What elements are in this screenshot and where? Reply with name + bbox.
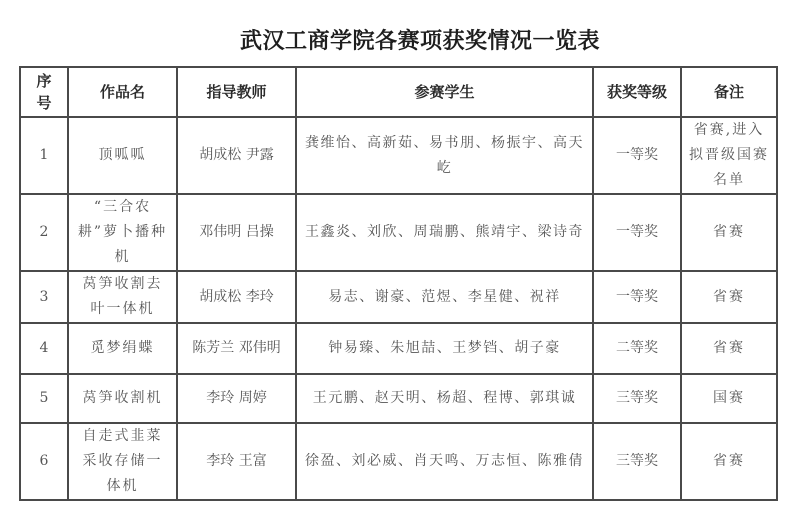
row-students: 龚维怡、高新茹、易书朋、杨振宇、高天屹 bbox=[296, 117, 593, 194]
row-students: 王鑫炎、刘欣、周瑞鹏、熊靖宇、梁诗奇 bbox=[296, 194, 593, 271]
row-award: 三等奖 bbox=[593, 423, 681, 500]
row-work: 自走式韭菜采收存储一体机 bbox=[68, 423, 177, 500]
row-work: “三合农耕”萝卜播种机 bbox=[68, 194, 177, 271]
table-row: 5 莴笋收割机 李玲 周婷 王元鹏、赵天明、杨超、程博、郭琪诚 三等奖 国赛 bbox=[20, 374, 777, 423]
table-row: 4 觅梦绢蝶 陈芳兰 邓伟明 钟易臻、朱旭喆、王梦铛、胡子豪 二等奖 省赛 bbox=[20, 323, 777, 374]
header-note: 备注 bbox=[681, 67, 777, 117]
row-award: 三等奖 bbox=[593, 374, 681, 423]
row-advisors: 李玲 王富 bbox=[177, 423, 296, 500]
awards-table: 序号 作品名 指导教师 参赛学生 获奖等级 备注 1 顶呱呱 胡成松 尹露 龚维… bbox=[19, 66, 778, 501]
header-index: 序号 bbox=[20, 67, 68, 117]
row-note: 省赛 bbox=[681, 194, 777, 271]
row-advisors: 胡成松 尹露 bbox=[177, 117, 296, 194]
table-row: 6 自走式韭菜采收存储一体机 李玲 王富 徐盈、刘必威、肖天鸣、万志恒、陈雅倩 … bbox=[20, 423, 777, 500]
row-note: 省赛 bbox=[681, 423, 777, 500]
row-work: 莴笋收割去叶一体机 bbox=[68, 271, 177, 323]
row-advisors: 陈芳兰 邓伟明 bbox=[177, 323, 296, 374]
row-students: 王元鹏、赵天明、杨超、程博、郭琪诚 bbox=[296, 374, 593, 423]
row-note: 省赛 bbox=[681, 323, 777, 374]
table-row: 3 莴笋收割去叶一体机 胡成松 李玲 易志、谢豪、范煜、李星健、祝祥 一等奖 省… bbox=[20, 271, 777, 323]
row-advisors: 李玲 周婷 bbox=[177, 374, 296, 423]
row-award: 二等奖 bbox=[593, 323, 681, 374]
row-students: 钟易臻、朱旭喆、王梦铛、胡子豪 bbox=[296, 323, 593, 374]
row-work: 莴笋收割机 bbox=[68, 374, 177, 423]
row-index: 3 bbox=[20, 271, 68, 323]
row-award: 一等奖 bbox=[593, 271, 681, 323]
row-index: 1 bbox=[20, 117, 68, 194]
row-index: 4 bbox=[20, 323, 68, 374]
document-title: 武汉工商学院各赛项获奖情况一览表 bbox=[0, 24, 798, 55]
row-advisors: 胡成松 李玲 bbox=[177, 271, 296, 323]
table-header-row: 序号 作品名 指导教师 参赛学生 获奖等级 备注 bbox=[20, 67, 777, 117]
row-students: 徐盈、刘必威、肖天鸣、万志恒、陈雅倩 bbox=[296, 423, 593, 500]
header-students: 参赛学生 bbox=[296, 67, 593, 117]
row-index: 6 bbox=[20, 423, 68, 500]
header-award: 获奖等级 bbox=[593, 67, 681, 117]
row-work: 顶呱呱 bbox=[68, 117, 177, 194]
table-row: 1 顶呱呱 胡成松 尹露 龚维怡、高新茹、易书朋、杨振宇、高天屹 一等奖 省赛,… bbox=[20, 117, 777, 194]
row-award: 一等奖 bbox=[593, 117, 681, 194]
row-note: 国赛 bbox=[681, 374, 777, 423]
row-work: 觅梦绢蝶 bbox=[68, 323, 177, 374]
row-index: 2 bbox=[20, 194, 68, 271]
row-students: 易志、谢豪、范煜、李星健、祝祥 bbox=[296, 271, 593, 323]
row-note: 省赛 bbox=[681, 271, 777, 323]
row-advisors: 邓伟明 吕操 bbox=[177, 194, 296, 271]
row-note: 省赛,进入拟晋级国赛名单 bbox=[681, 117, 777, 194]
header-work: 作品名 bbox=[68, 67, 177, 117]
table-row: 2 “三合农耕”萝卜播种机 邓伟明 吕操 王鑫炎、刘欣、周瑞鹏、熊靖宇、梁诗奇 … bbox=[20, 194, 777, 271]
row-index: 5 bbox=[20, 374, 68, 423]
header-advisors: 指导教师 bbox=[177, 67, 296, 117]
row-award: 一等奖 bbox=[593, 194, 681, 271]
